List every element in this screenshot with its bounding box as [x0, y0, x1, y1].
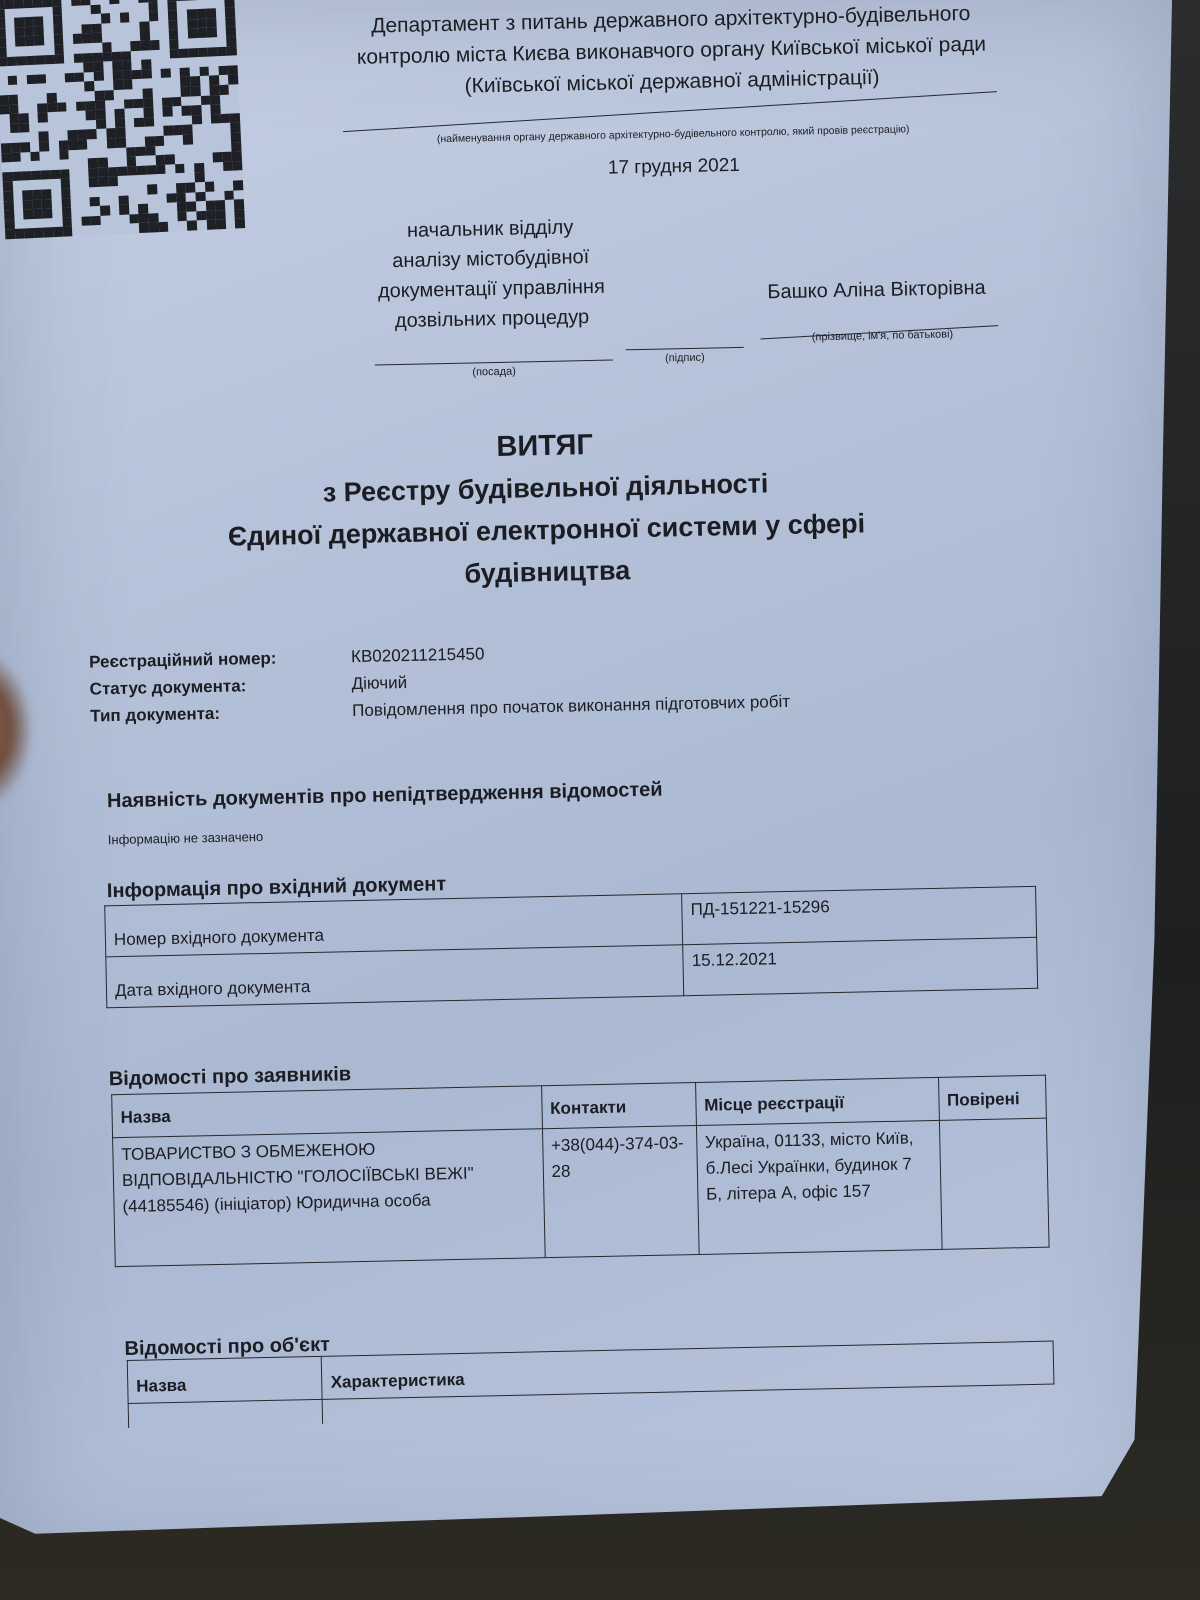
section-title-nonconfirmation: Наявність документів про непідтвердження… [107, 779, 663, 814]
column-header: Повірені [938, 1075, 1046, 1120]
meta-label: Статус документа: [89, 674, 351, 699]
qr-code-icon [0, 0, 245, 239]
document-meta: Реєстраційний номер: КВ020211215450 Стат… [89, 634, 791, 730]
input-document-table: Номер вхідного документа ПД-151221-15296… [104, 886, 1038, 1008]
name-caption: (прізвище, ім'я, по батькові) [772, 328, 992, 345]
authority-caption: (найменування органу державного архітект… [363, 122, 983, 147]
signer-name: Башко Аліна Вікторівна [761, 273, 992, 308]
authority-name: Департамент з питань державного архітект… [346, 0, 998, 104]
section-title-applicants: Відомості про заявників [109, 1063, 352, 1091]
meta-label: Тип документа: [90, 701, 352, 726]
applicant-contacts: +38(044)-374-03-28 [542, 1125, 699, 1257]
table-cell-label: Дата вхідного документа [106, 945, 684, 1008]
column-header: Місце реєстрації [695, 1077, 939, 1125]
applicant-name: ТОВАРИСТВО З ОБМЕЖЕНОЮ ВІДПОВІДАЛЬНІСТЮ … [113, 1129, 545, 1267]
registration-number: КВ020211215450 [351, 644, 485, 667]
document-status: Діючий [351, 672, 407, 693]
input-document-date: 15.12.2021 [683, 937, 1038, 995]
document-sheet: Департамент з питань державного архітект… [0, 0, 1172, 1565]
meta-label: Реєстраційний номер: [89, 647, 351, 672]
position-caption: (посада) [375, 364, 613, 381]
input-document-number: ПД-151221-15296 [682, 886, 1037, 944]
applicant-address: Україна, 01133, місто Київ, б.Лесі Украї… [696, 1120, 941, 1254]
document-type: Повідомлення про початок виконання підго… [352, 691, 790, 720]
document-title: ВИТЯГ з Реєстру будівельної діяльності Є… [144, 417, 947, 602]
signature-caption: (підпис) [626, 351, 744, 365]
document-date: 17 грудня 2021 [549, 154, 799, 181]
nonconfirmation-note: Інформацію не зазначено [108, 829, 264, 847]
applicants-table: Назва Контакти Місце реєстрації Повірені… [111, 1075, 1049, 1268]
signature-line [626, 347, 744, 350]
column-header: Контакти [541, 1082, 696, 1128]
signer-position: начальник відділу аналізу містобудівної … [370, 212, 612, 337]
applicant-attorneys [939, 1118, 1049, 1249]
table-row: ТОВАРИСТВО З ОБМЕЖЕНОЮ ВІДПОВІДАЛЬНІСТЮ … [113, 1118, 1049, 1267]
column-header: Назва [127, 1356, 322, 1403]
table-cell [128, 1399, 323, 1428]
